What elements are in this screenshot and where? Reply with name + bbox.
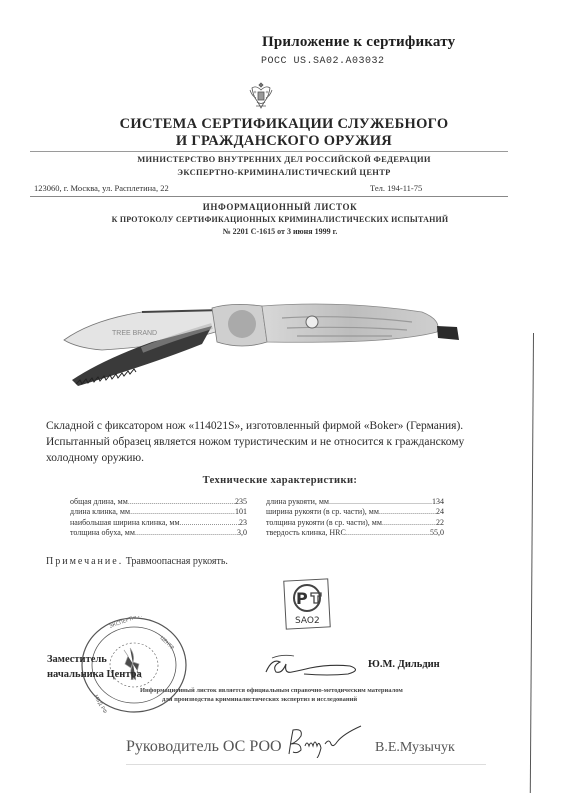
deputy-title-line1: Заместитель <box>47 652 142 667</box>
spec-row: толщина рукояти (в ср. части), мм22 <box>266 518 444 528</box>
description-line1: Складной с фиксатором нож «114021S», изг… <box>46 418 506 434</box>
footnote-line1: Информационный листок является официальн… <box>140 686 440 695</box>
pct-certification-mark-icon: P SAO2 <box>283 578 331 630</box>
blade-marking: TREE BRAND <box>112 330 157 337</box>
spec-value: 134 <box>432 497 444 507</box>
deputy-name: Ю.М. Дильдин <box>368 659 440 670</box>
svg-text:ЭКСПЕРТНО-КРИМИН: ЭКСПЕРТНО-КРИМИН <box>109 616 163 630</box>
svg-text:P: P <box>296 589 308 608</box>
spec-row: длина клинка, мм101 <box>70 507 247 517</box>
spec-label: твердость клинка, HRC <box>266 528 346 538</box>
deputy-title: Заместитель начальника Центра <box>47 652 142 682</box>
ministry-name: МИНИСТЕРСТВО ВНУТРЕННИХ ДЕЛ РОССИЙСКОЙ Ф… <box>40 153 528 166</box>
spec-value: 235 <box>235 497 247 507</box>
head-role: Руководитель ОС РОО <box>126 738 282 756</box>
spec-row: общая длина, мм235 <box>70 497 247 507</box>
note: Примечание. Травмоопасная рукоять. <box>46 556 228 567</box>
spec-label: длина рукояти, мм <box>266 497 329 507</box>
note-text: Травмоопасная рукоять. <box>126 556 228 567</box>
spec-value: 23 <box>239 518 247 528</box>
certification-code: SAO2 <box>295 616 320 626</box>
info-sheet-header: ИНФОРМАЦИОННЫЙ ЛИСТОК К ПРОТОКОЛУ СЕРТИФ… <box>60 200 500 238</box>
info-sheet-title: ИНФОРМАЦИОННЫЙ ЛИСТОК <box>60 200 500 214</box>
spec-label: наибольшая ширина клинка, мм <box>70 518 180 528</box>
spec-row: ширина рукояти (в ср. части), мм24 <box>266 507 444 517</box>
protocol-number: № 2201 С-1615 от 3 июня 1999 г. <box>60 226 500 238</box>
head-signature <box>283 724 363 758</box>
spec-label: ширина рукояти (в ср. части), мм <box>266 507 379 517</box>
specs-title: Технические характеристики: <box>60 475 500 486</box>
deputy-signature <box>262 652 370 680</box>
spec-value: 3,0 <box>237 528 247 538</box>
scan-edge-line <box>530 333 534 793</box>
spec-row: наибольшая ширина клинка, мм23 <box>70 518 247 528</box>
specs-left-column: общая длина, мм235 длина клинка, мм101 н… <box>70 497 247 538</box>
certificate-number: РОСС US.SA02.A03032 <box>261 56 385 67</box>
spec-row: длина рукояти, мм134 <box>266 497 444 507</box>
system-title: СИСТЕМА СЕРТИФИКАЦИИ СЛУЖЕБНОГО И ГРАЖДА… <box>80 116 488 150</box>
info-sheet-subtitle: К ПРОТОКОЛУ СЕРТИФИКАЦИОННЫХ КРИМИНАЛИСТ… <box>60 214 500 226</box>
folding-knife-with-saw-image: TREE BRAND <box>62 280 472 390</box>
address: 123060, г. Москва, ул. Расплетина, 22 <box>34 183 169 193</box>
spec-label: толщина обуха, мм <box>70 528 135 538</box>
spec-label: общая длина, мм <box>70 497 128 507</box>
product-description: Складной с фиксатором нож «114021S», изг… <box>46 418 506 466</box>
appendix-title: Приложение к сертификату <box>262 34 455 51</box>
divider <box>30 196 508 197</box>
spec-value: 24 <box>436 507 444 517</box>
divider <box>30 151 508 152</box>
spec-row: твердость клинка, HRC55,0 <box>266 528 444 538</box>
head-name: В.Е.Музычук <box>375 740 455 756</box>
center-name: ЭКСПЕРТНО-КРИМИНАЛИСТИЧЕСКИЙ ЦЕНТР <box>40 166 528 179</box>
russian-coat-of-arms-icon <box>248 80 274 112</box>
spec-label: длина клинка, мм <box>70 507 130 517</box>
divider <box>126 764 486 765</box>
deputy-title-line2: начальника Центра <box>47 667 142 682</box>
spec-value: 22 <box>436 518 444 528</box>
specs-right-column: длина рукояти, мм134 ширина рукояти (в с… <box>266 497 444 538</box>
spec-row: толщина обуха, мм3,0 <box>70 528 247 538</box>
ministry-block: МИНИСТЕРСТВО ВНУТРЕННИХ ДЕЛ РОССИЙСКОЙ Ф… <box>40 153 528 179</box>
spec-label: толщина рукояти (в ср. части), мм <box>266 518 382 528</box>
spec-value: 55,0 <box>430 528 444 538</box>
phone: Тел. 194-11-75 <box>370 183 422 193</box>
spec-value: 101 <box>235 507 247 517</box>
svg-text:ЦЕНТР: ЦЕНТР <box>159 635 175 651</box>
system-title-line2: И ГРАЖДАНСКОГО ОРУЖИЯ <box>80 133 488 150</box>
footnote-line2: для производства криминалистических эксп… <box>140 695 440 704</box>
footnote: Информационный листок является официальн… <box>140 686 440 704</box>
system-title-line1: СИСТЕМА СЕРТИФИКАЦИИ СЛУЖЕБНОГО <box>80 116 488 133</box>
description-line2: Испытанный образец является ножом турист… <box>46 434 506 450</box>
description-line3: холодному оружию. <box>46 450 506 466</box>
note-label: Примечание. <box>46 556 123 567</box>
